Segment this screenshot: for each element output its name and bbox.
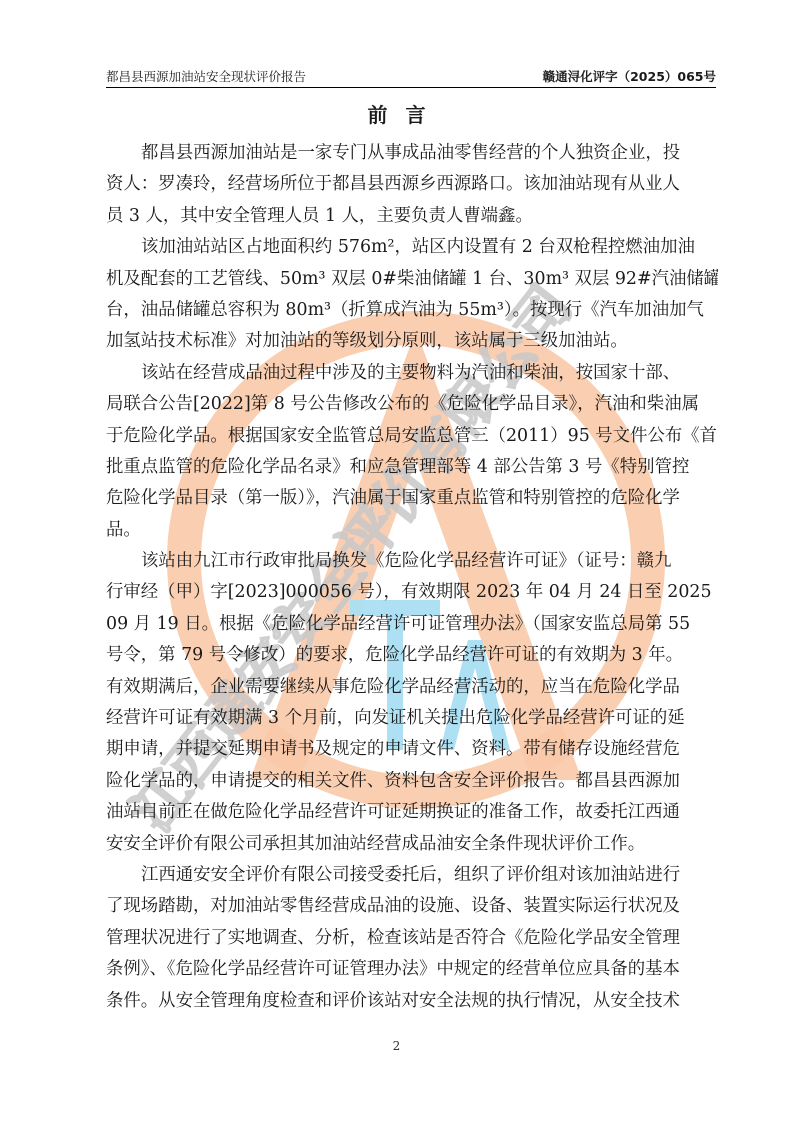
text-line: 行审经（甲）字[2023]000056 号），有效期限 2023 年 04 月 … — [106, 577, 718, 608]
text-line: 江西通安安全评价有限公司接受委托后，组织了评价组对该加油站进行 — [106, 860, 718, 891]
text-line: 险化学品的，申请提交的相关文件、资料包含安全评价报告。都昌县西源加 — [106, 766, 718, 797]
text-line: 条例》、《危险化学品经营许可证管理办法》中规定的经营单位应具备的基本 — [106, 954, 718, 985]
text-line: 该加油站站区占地面积约 576m²，站区内设置有 2 台双枪程控燃油加油 — [106, 232, 718, 263]
text-line: 台，油品储罐总容积为 80m³（折算成汽油为 55m³）。按现行《汽车加油加气 — [106, 295, 718, 326]
text-line: 危险化学品目录（第一版）》，汽油属于国家重点监管和特别管控的危险化学 — [106, 483, 718, 514]
page-number: 2 — [0, 1039, 793, 1053]
text-line: 有效期满后，企业需要继续从事危险化学品经营活动的，应当在危险化学品 — [106, 672, 718, 703]
text-line: 期申请，并提交延期申请书及规定的申请文件、资料。带有储存设施经营危 — [106, 734, 718, 765]
text-line: 员 3 人，其中安全管理人员 1 人，主要负责人曹端鑫。 — [106, 201, 718, 232]
text-line: 经营许可证有效期满 3 个月前，向发证机关提出危险化学品经营许可证的延 — [106, 703, 718, 734]
text-line: 批重点监管的危险化学品名录》和应急管理部等 4 部公告第 3 号《特别管控 — [106, 452, 718, 483]
text-line: 都昌县西源加油站是一家专门从事成品油零售经营的个人独资企业，投 — [106, 138, 718, 169]
text-line: 品。 — [106, 515, 718, 546]
text-line: 号令，第 79 号令修改）的要求，危险化学品经营许可证的有效期为 3 年。 — [106, 640, 718, 671]
paragraph-3: 该站在经营成品油过程中涉及的主要物料为汽油和柴油，按国家十部、 局联合公告[20… — [106, 358, 718, 546]
text-line: 资人：罗凑玲，经营场所位于都昌县西源乡西源路口。该加油站现有从业人 — [106, 169, 718, 200]
text-line: 于危险化学品。根据国家安全监管总局安监总管三（2011）95 号文件公布《首 — [106, 421, 718, 452]
paragraph-4: 该站由九江市行政审批局换发《危险化学品经营许可证》（证号：赣九 行审经（甲）字[… — [106, 546, 718, 860]
text-line: 安安全评价有限公司承担其加油站经营成品油安全条件现状评价工作。 — [106, 829, 718, 860]
report-title: 都昌县西源加油站安全现状评价报告 — [106, 69, 306, 85]
text-line: 09 月 19 日。根据《危险化学品经营许可证管理办法》（国家安监总局第 55 — [106, 609, 718, 640]
text-line: 条件。从安全管理角度检查和评价该站对安全法规的执行情况，从安全技术 — [106, 986, 718, 1017]
page-header: 都昌县西源加油站安全现状评价报告 赣通浔化评字（2025）065号 — [106, 69, 716, 88]
text-line: 管理状况进行了实地调查、分析，检查该站是否符合《危险化学品安全管理 — [106, 923, 718, 954]
report-code: 赣通浔化评字（2025）065号 — [543, 69, 716, 85]
text-line: 加氢站技术标准》对加油站的等级划分原则，该站属于三级加油站。 — [106, 326, 718, 357]
text-line: 该站由九江市行政审批局换发《危险化学品经营许可证》（证号：赣九 — [106, 546, 718, 577]
paragraph-5: 江西通安安全评价有限公司接受委托后，组织了评价组对该加油站进行 了现场踏勘，对加… — [106, 860, 718, 1017]
text-line: 该站在经营成品油过程中涉及的主要物料为汽油和柴油，按国家十部、 — [106, 358, 718, 389]
paragraph-2: 该加油站站区占地面积约 576m²，站区内设置有 2 台双枪程控燃油加油 机及配… — [106, 232, 718, 358]
text-line: 了现场踏勘，对加油站零售经营成品油的设施、设备、装置实际运行状况及 — [106, 891, 718, 922]
section-title: 前言 — [0, 103, 793, 127]
document-page: 江西通安安全评价有限公司 都昌县西源加油站安全现状评价报告 赣通浔化评字（202… — [0, 0, 793, 1122]
text-line: 油站目前正在做危险化学品经营许可证延期换证的准备工作，故委托江西通 — [106, 797, 718, 828]
text-line: 机及配套的工艺管线、50m³ 双层 0#柴油储罐 1 台、30m³ 双层 92#… — [106, 264, 718, 295]
text-line: 局联合公告[2022]第 8 号公告修改公布的《危险化学品目录》，汽油和柴油属 — [106, 389, 718, 420]
body-text: 都昌县西源加油站是一家专门从事成品油零售经营的个人独资企业，投 资人：罗凑玲，经… — [106, 138, 718, 1017]
paragraph-1: 都昌县西源加油站是一家专门从事成品油零售经营的个人独资企业，投 资人：罗凑玲，经… — [106, 138, 718, 232]
